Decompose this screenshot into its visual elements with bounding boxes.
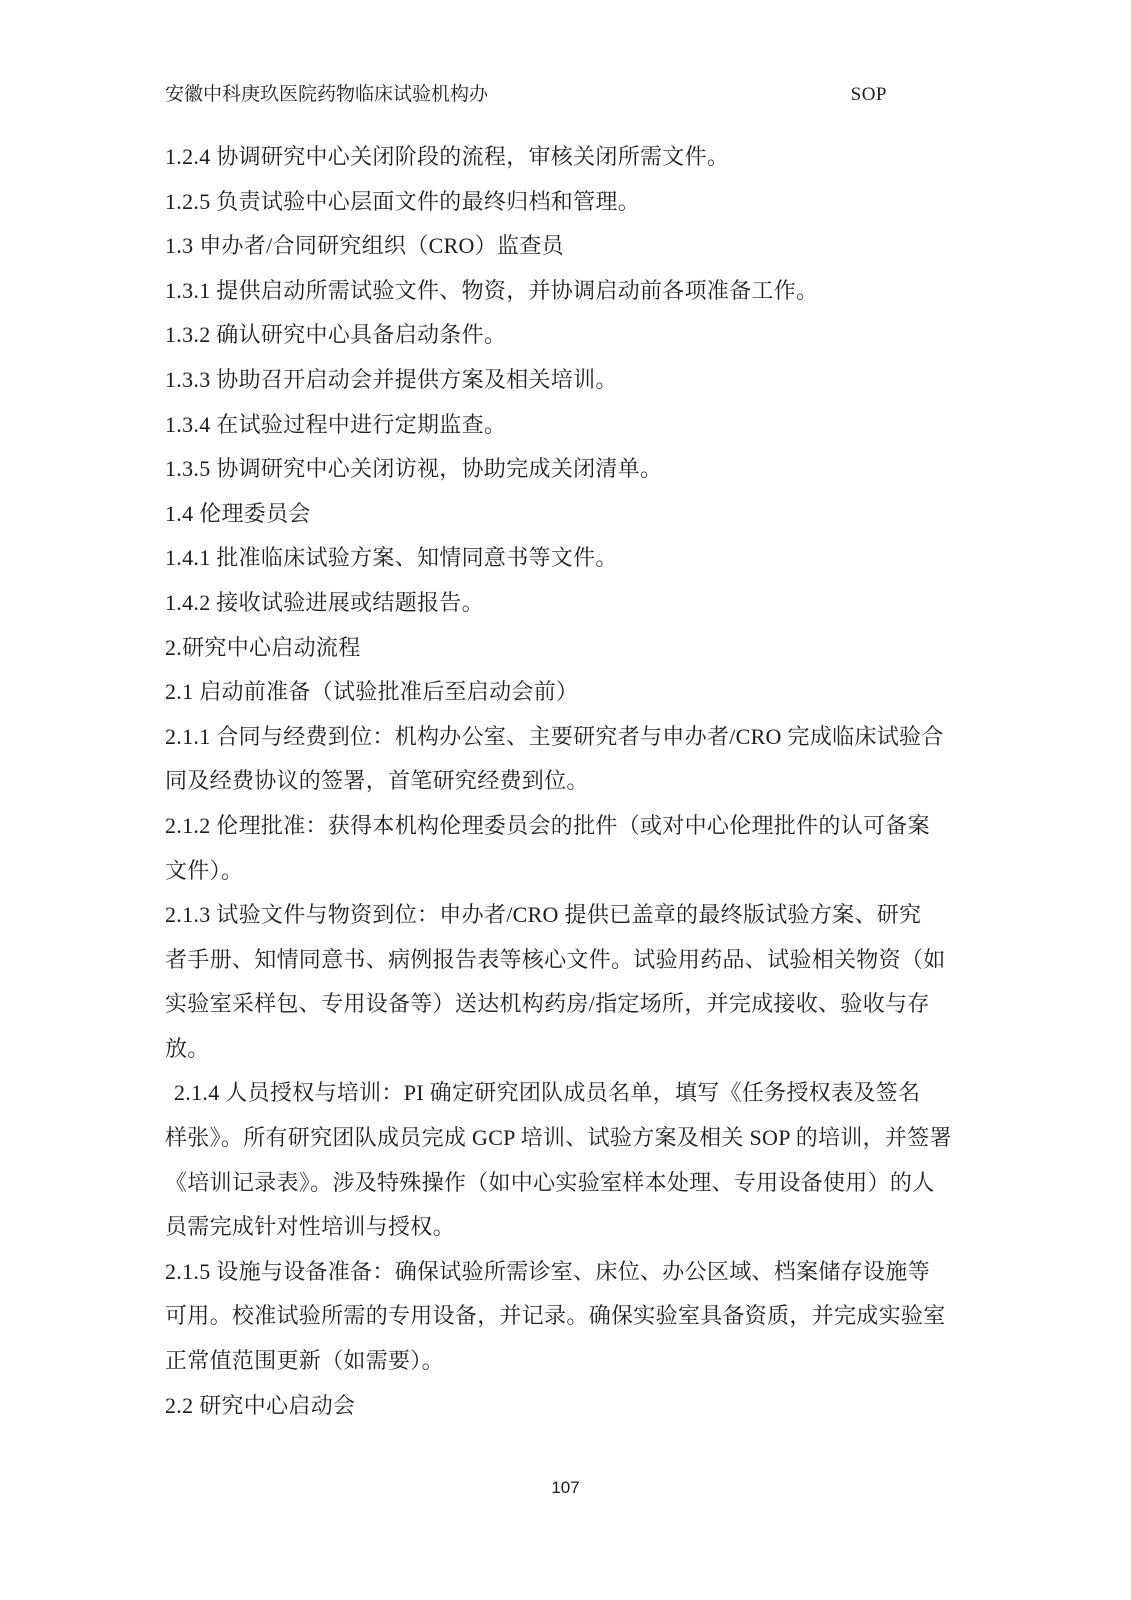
text-line: 2.1.5 设施与设备准备：确保试验所需诊室、床位、办公区域、档案储存设施等 [165, 1250, 967, 1295]
text-line: 2.1.3 试验文件与物资到位：申办者/CRO 提供已盖章的最终版试验方案、研究 [165, 893, 967, 938]
text-line: 2.2 研究中心启动会 [165, 1384, 967, 1429]
text-line: 1.2.5 负责试验中心层面文件的最终归档和管理。 [165, 180, 967, 225]
page-footer: 107 [0, 1478, 1131, 1498]
text-line: 1.3 申办者/合同研究组织（CRO）监查员 [165, 224, 967, 269]
text-line: 2.1 启动前准备（试验批准后至启动会前） [165, 670, 967, 715]
text-line: 2.1.1 合同与经费到位：机构办公室、主要研究者与申办者/CRO 完成临床试验… [165, 715, 967, 760]
text-line: 正常值范围更新（如需要）。 [165, 1339, 967, 1384]
text-line: 同及经费协议的签署，首笔研究经费到位。 [165, 759, 967, 804]
text-line: 文件）。 [165, 849, 967, 894]
header-doc-type: SOP [851, 84, 887, 106]
text-line: 2.1.2 伦理批准：获得本机构伦理委员会的批件（或对中心伦理批件的认可备案 [165, 804, 967, 849]
text-line: 样张》。所有研究团队成员完成 GCP 培训、试验方案及相关 SOP 的培训，并签… [165, 1116, 967, 1161]
header-institution-name: 安徽中科庚玖医院药物临床试验机构办 [165, 84, 488, 106]
document-lines: 1.2.4 协调研究中心关闭阶段的流程，审核关闭所需文件。1.2.5 负责试验中… [165, 135, 967, 1428]
text-line: 1.4.1 批准临床试验方案、知情同意书等文件。 [165, 536, 967, 581]
text-line: 1.2.4 协调研究中心关闭阶段的流程，审核关闭所需文件。 [165, 135, 967, 180]
page-number: 107 [551, 1478, 579, 1497]
text-line: 1.3.4 在试验过程中进行定期监查。 [165, 403, 967, 448]
text-line: 员需完成针对性培训与授权。 [165, 1205, 967, 1250]
text-line: 1.4 伦理委员会 [165, 492, 967, 537]
text-line: 《培训记录表》。涉及特殊操作（如中心实验室样本处理、专用设备使用）的人 [165, 1161, 967, 1206]
text-line: 2.1.4 人员授权与培训：PI 确定研究团队成员名单，填写《任务授权表及签名 [165, 1071, 967, 1116]
text-line: 1.3.3 协助召开启动会并提供方案及相关培训。 [165, 358, 967, 403]
text-line: 放。 [165, 1027, 967, 1072]
text-line: 2.研究中心启动流程 [165, 626, 967, 671]
text-line: 可用。校准试验所需的专用设备，并记录。确保实验室具备资质，并完成实验室 [165, 1294, 967, 1339]
page-header: 安徽中科庚玖医院药物临床试验机构办 SOP [165, 84, 965, 106]
text-line: 1.4.2 接收试验进展或结题报告。 [165, 581, 967, 626]
text-line: 者手册、知情同意书、病例报告表等核心文件。试验用药品、试验相关物资（如 [165, 938, 967, 983]
text-line: 1.3.5 协调研究中心关闭访视，协助完成关闭清单。 [165, 447, 967, 492]
document-page: 安徽中科庚玖医院药物临床试验机构办 SOP 1.2.4 协调研究中心关闭阶段的流… [0, 0, 1131, 1600]
text-line: 1.3.2 确认研究中心具备启动条件。 [165, 313, 967, 358]
text-line: 实验室采样包、专用设备等）送达机构药房/指定场所，并完成接收、验收与存 [165, 982, 967, 1027]
text-line: 1.3.1 提供启动所需试验文件、物资，并协调启动前各项准备工作。 [165, 269, 967, 314]
